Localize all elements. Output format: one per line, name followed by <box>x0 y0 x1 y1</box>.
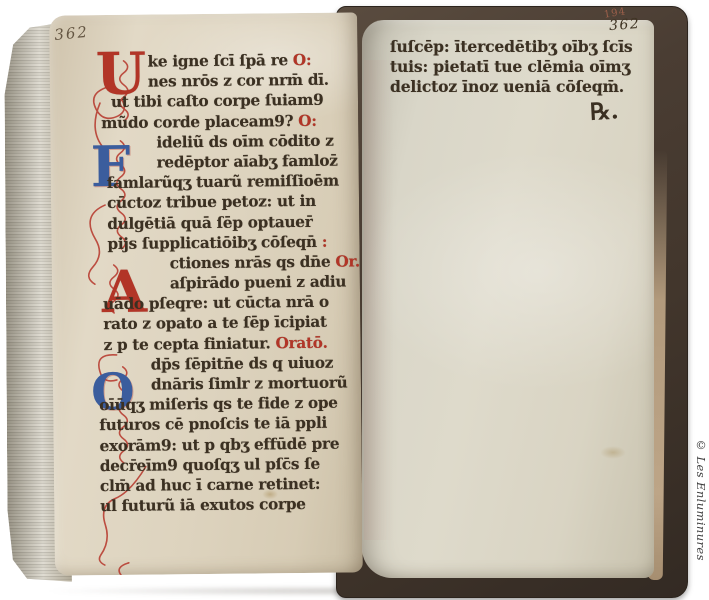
manuscript-line: rato z opato a te ſēp īcipiat <box>92 312 354 335</box>
text-run: exorām9: ut p qbʒ effūdē pre <box>99 434 339 455</box>
text-run: ke igne ſcī ſpā re <box>147 51 292 71</box>
manuscript-line: delictoz īnoz ueniā cōſeqm̄. <box>390 76 642 96</box>
left-page: 362 UFAO ke igne ſcī ſpā re O:nes nrōs z… <box>49 12 363 575</box>
manuscript-line: futuros cē pnoſcis te iā ppli <box>93 413 355 436</box>
text-run: ctiones nrās qs dn̄e <box>170 253 336 273</box>
manuscript-line: redēptor aīabʒ famloz̄ <box>91 150 353 173</box>
manuscript-line: z p te cepta finiatur. Oratō. <box>92 332 354 355</box>
text-run: nes nrōs z cor nrm̄ dī. <box>148 71 329 91</box>
text-run: dulgētiā quā ſēp optauer̄ <box>107 212 312 232</box>
text-run: : <box>317 232 328 250</box>
text-run: dp̄s ſēpitn̄e ds q uiuoz <box>151 353 334 373</box>
response-mark: ℞. <box>589 97 619 125</box>
manuscript-line: mũdo corde placeam9? O: <box>90 110 352 133</box>
text-run: cūctoz tribue petoz: ut in <box>107 192 316 212</box>
manuscript-line: dp̄s ſēpitn̄e ds q uiuoz <box>93 352 355 375</box>
manuscript-line: oīūqʒ miſeris qs te fide z ope <box>93 393 355 416</box>
manuscript-line: ideliũ ds oīm cōdito z <box>90 130 352 153</box>
manuscript-line: pijs ſupplicatiōibʒ cōſeqn̄ : <box>91 231 353 254</box>
manuscript-line: ut tibi caſto corpe ſuiam9 <box>90 90 352 113</box>
text-run: clm̄ ad huc ī carne retinet: <box>100 475 320 495</box>
text-run: uādo pſeqre: ut cūcta nrā o <box>103 293 329 313</box>
manuscript-line: uādo pſeqre: ut cūcta nrā o <box>92 292 354 315</box>
manuscript-line: ctiones nrās qs dn̄e Or. <box>92 251 354 274</box>
text-run: redēptor aīabʒ famloz̄ <box>157 152 338 172</box>
manuscript-line: cūctoz tribue petoz: ut in <box>91 191 353 214</box>
text-run: pijs ſupplicatiōibʒ cōſeqn̄ <box>107 233 317 253</box>
manuscript-line: ſuſcēp: ītercedētibʒ oībʒ ſcīs <box>390 36 642 56</box>
left-page-text: ke igne ſcī ſpā re O:nes nrōs z cor nrm̄… <box>89 49 356 516</box>
parchment-stain <box>600 446 626 459</box>
right-folio-number: 362 <box>608 16 640 34</box>
manuscript-line: nes nrōs z cor nrm̄ dī. <box>90 70 352 93</box>
text-run: ut tibi caſto corpe ſuiam9 <box>111 91 324 111</box>
right-page-text: ſuſcēp: ītercedētibʒ oībʒ ſcīstuis: piet… <box>390 36 642 97</box>
text-run: ideliũ ds oīm cōdito z <box>156 131 333 151</box>
text-run: futuros cē pnoſcis te iā ppli <box>99 414 327 434</box>
manuscript-photo: 362 UFAO ke igne ſcī ſpā re O:nes nrōs z… <box>0 0 709 600</box>
text-run: oīūqʒ miſeris qs te fide z ope <box>99 394 338 414</box>
text-run: Oratō. <box>275 333 327 352</box>
text-run: O: <box>293 51 312 69</box>
manuscript-line: clm̄ ad huc ī carne retinet: <box>94 473 356 496</box>
text-run: Or. <box>335 252 360 270</box>
manuscript-line: aſpirādo pueni z adiu <box>92 272 354 295</box>
manuscript-line: ul futurũ iā exutos corpe <box>94 494 356 517</box>
right-page: ſuſcēp: ītercedētibʒ oībʒ ſcīstuis: piet… <box>362 20 654 578</box>
text-run: aſpirādo pueni z adiu <box>170 273 346 293</box>
text-run: delictoz īnoz ueniā cōſeqm̄. <box>390 77 624 96</box>
text-run: tuis: pietatī tue clēmia oīmʒ <box>390 57 630 76</box>
photo-credit: © Les Enluminures <box>688 438 708 598</box>
text-run: rato z opato a te ſēp īcipiat <box>103 313 327 333</box>
text-run: famlarũqʒ tuarũ remiſſioēm <box>107 172 339 192</box>
manuscript-line: decr̄eīm9 quoſqʒ ul pſc̄s ſe <box>94 453 356 476</box>
manuscript-line: tuis: pietatī tue clēmia oīmʒ <box>390 56 642 76</box>
text-run: O: <box>298 111 317 129</box>
manuscript-line: dnāris ſimlr z mortuorũ <box>93 372 355 395</box>
text-run: decr̄eīm9 quoſqʒ ul pſc̄s ſe <box>100 455 320 475</box>
text-run: z p te cepta finiatur. <box>103 334 275 354</box>
manuscript-line: ke igne ſcī ſpā re O: <box>89 49 351 72</box>
manuscript-line: famlarũqʒ tuarũ remiſſioēm <box>91 171 353 194</box>
manuscript-line: exorām9: ut p qbʒ effūdē pre <box>93 433 355 456</box>
text-run: dnāris ſimlr z mortuorũ <box>151 374 348 394</box>
manuscript-line: dulgētiā quā ſēp optauer̄ <box>91 211 353 234</box>
ink-showthrough <box>364 60 394 540</box>
left-folio-number: 362 <box>53 23 89 44</box>
text-run: ſuſcēp: ītercedētibʒ oībʒ ſcīs <box>390 37 633 56</box>
illuminated-initials: UFAO <box>49 12 357 15</box>
text-run: mũdo corde placeam9? <box>101 112 298 132</box>
